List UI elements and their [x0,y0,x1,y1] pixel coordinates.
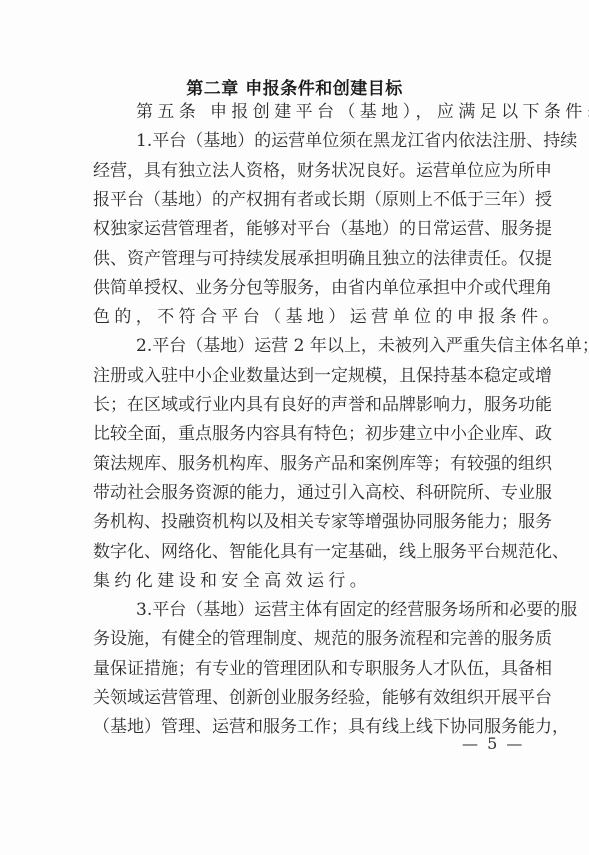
text-line: 色的，不符合平台（基地）运营单位的申报条件。 [93,305,527,329]
text-line: 供、资产管理与可持续发展承担明确且独立的法律责任。仅提 [93,247,527,271]
text-line: 数字化、网络化、智能化具有一定基础，线上服务平台规范化、 [93,540,527,564]
text-line: 权独家运营管理者，能够对平台（基地）的日常运营、服务提 [93,217,527,241]
text-line: 长；在区域或行业内具有良好的声誉和品牌影响力，服务功能 [93,393,527,417]
text-line: 报平台（基地）的产权拥有者或长期（原则上不低于三年）授 [93,188,527,212]
text-line: 务设施，有健全的管理制度、规范的服务流程和完善的服务质 [93,627,527,651]
chapter-title: 第二章 申报条件和创建目标 [0,74,589,99]
page-number: — 5 — [462,734,524,753]
text-line: 注册或入驻中小企业数量达到一定规模，且保持基本稳定或增 [93,364,527,388]
document-page: 第二章 申报条件和创建目标 第五条 申报创建平台（基地），应满足以下条件:1.平… [0,0,589,855]
text-line: 策法规库、服务机构库、服务产品和案例库等；有较强的组织 [93,452,527,476]
text-line: 比较全面，重点服务内容具有特色；初步建立中小企业库、政 [93,422,527,446]
text-line: 集约化建设和安全高效运行。 [93,569,527,593]
text-line: 关领域运营管理、创新创业服务经验，能够有效组织开展平台 [93,686,527,710]
text-line: 务机构、投融资机构以及相关专家等增强协同服务能力；服务 [93,510,527,534]
text-line: 经营，具有独立法人资格，财务状况良好。运营单位应为所申 [93,159,527,183]
text-line: 带动社会服务资源的能力，通过引入高校、科研院所、专业服 [93,481,527,505]
text-line: 1.平台（基地）的运营单位须在黑龙江省内依法注册、持续 [136,129,527,153]
text-line: 量保证措施；有专业的管理团队和专职服务人才队伍，具备相 [93,657,527,681]
text-line: 第五条 申报创建平台（基地），应满足以下条件: [136,100,527,124]
text-line: 2.平台（基地）运营 2 年以上，未被列入严重失信主体名单； [136,334,527,358]
text-line: 3.平台（基地）运营主体有固定的经营服务场所和必要的服 [136,598,527,622]
text-line: 供简单授权、业务分包等服务，由省内单位承担中介或代理角 [93,276,527,300]
